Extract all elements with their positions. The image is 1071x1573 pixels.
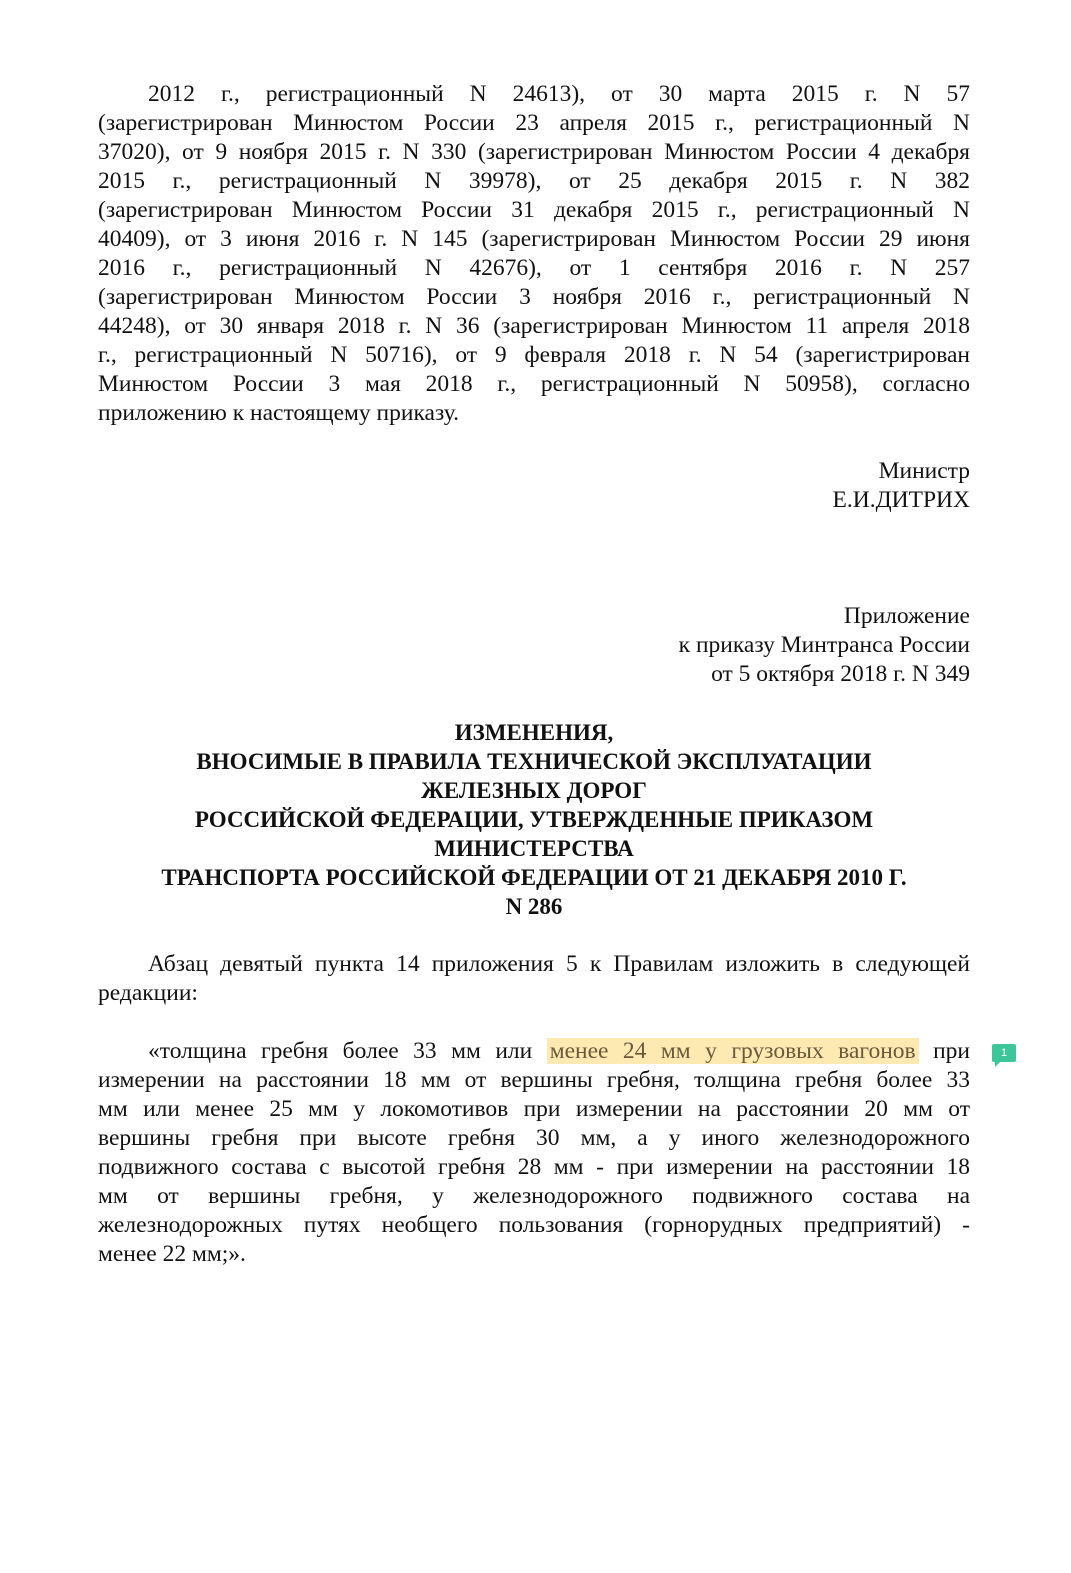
text-line: Абзац девятый пункта 14 приложения 5 к П… (98, 950, 970, 979)
text-line: г., регистрационный N 50716), от 9 февра… (98, 341, 970, 370)
signature-name: Е.И.ДИТРИХ (98, 486, 970, 515)
title-line: ТРАНСПОРТА РОССИЙСКОЙ ФЕДЕРАЦИИ ОТ 21 ДЕ… (98, 863, 970, 892)
document-title: ИЗМЕНЕНИЯ, ВНОСИМЫЕ В ПРАВИЛА ТЕХНИЧЕСКО… (98, 718, 970, 921)
title-line: ЖЕЛЕЗНЫХ ДОРОГ (98, 776, 970, 805)
signature-block: Министр Е.И.ДИТРИХ (98, 457, 970, 515)
appendix-order-ref: к приказу Минтранса России (98, 631, 970, 660)
quote-text: «толщина гребня более 33 мм или (148, 1038, 532, 1064)
quote-text: при (933, 1038, 970, 1064)
text-line: «толщина гребня более 33 мм или менее 24… (98, 1037, 970, 1066)
text-line: железнодорожных путях необщего пользован… (98, 1211, 970, 1240)
title-line: ИЗМЕНЕНИЯ, (98, 718, 970, 747)
text-line: приложению к настоящему приказу. (98, 399, 970, 428)
text-line: вершины гребня при высоте гребня 30 мм, … (98, 1124, 970, 1153)
appendix-order-date: от 5 октября 2018 г. N 349 (98, 660, 970, 689)
intro-paragraph: 2012 г., регистрационный N 24613), от 30… (98, 80, 970, 428)
comment-bubble-icon[interactable]: 1 (992, 1044, 1016, 1062)
text-line: Минюстом России 3 мая 2018 г., регистрац… (98, 370, 970, 399)
text-line: мм от вершины гребня, у железнодорожного… (98, 1182, 970, 1211)
document-page: 2012 г., регистрационный N 24613), от 30… (98, 80, 970, 1269)
text-line: подвижного состава с высотой гребня 28 м… (98, 1153, 970, 1182)
amendment-quote: «толщина гребня более 33 мм или менее 24… (98, 1037, 970, 1269)
text-line: 40409), от 3 июня 2016 г. N 145 (зарегис… (98, 225, 970, 254)
appendix-label: Приложение (98, 602, 970, 631)
text-line: 2015 г., регистрационный N 39978), от 25… (98, 167, 970, 196)
text-line: 37020), от 9 ноября 2015 г. N 330 (зарег… (98, 138, 970, 167)
amendment-intro: Абзац девятый пункта 14 приложения 5 к П… (98, 950, 970, 1008)
highlighted-text[interactable]: менее 24 мм у грузовых вагонов (547, 1038, 919, 1064)
title-line: МИНИСТЕРСТВА (98, 834, 970, 863)
text-line: редакции: (98, 979, 970, 1008)
appendix-header: Приложение к приказу Минтранса России от… (98, 602, 970, 689)
text-line: (зарегистрирован Минюстом России 31 дека… (98, 196, 970, 225)
text-line: измерении на расстоянии 18 мм от вершины… (98, 1066, 970, 1095)
title-line: РОССИЙСКОЙ ФЕДЕРАЦИИ, УТВЕРЖДЕННЫЕ ПРИКА… (98, 805, 970, 834)
signature-position: Министр (98, 457, 970, 486)
title-line: ВНОСИМЫЕ В ПРАВИЛА ТЕХНИЧЕСКОЙ ЭКСПЛУАТА… (98, 747, 970, 776)
text-line: менее 22 мм;». (98, 1240, 970, 1269)
text-line: 44248), от 30 января 2018 г. N 36 (зарег… (98, 312, 970, 341)
text-line: мм или менее 25 мм у локомотивов при изм… (98, 1095, 970, 1124)
text-line: 2012 г., регистрационный N 24613), от 30… (98, 80, 970, 109)
text-line: (зарегистрирован Минюстом России 3 ноябр… (98, 283, 970, 312)
text-line: (зарегистрирован Минюстом России 23 апре… (98, 109, 970, 138)
text-line: 2016 г., регистрационный N 42676), от 1 … (98, 254, 970, 283)
title-line: N 286 (98, 892, 970, 921)
